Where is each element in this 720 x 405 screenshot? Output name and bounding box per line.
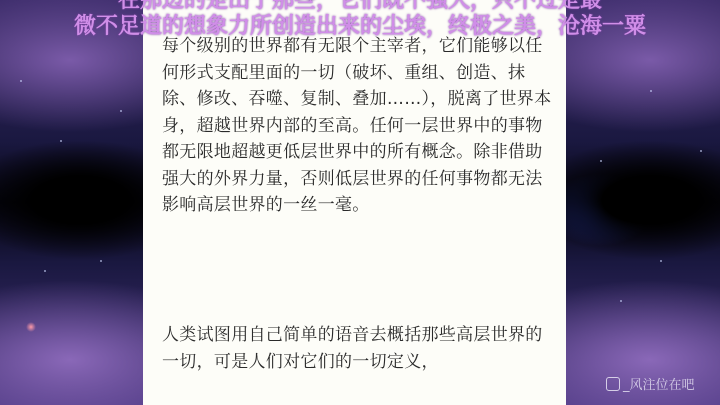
watermark-text: _风注位在吧 (623, 374, 695, 393)
watermark: _风注位在吧 (606, 374, 695, 393)
app-logo-icon (606, 377, 620, 391)
subtitle-line-2: 微不足道的想象力所创造出来的尘埃，终极之美，沧海一粟 (0, 14, 720, 40)
star-flare (26, 322, 36, 332)
video-subtitles: 在那边的是出于那些，它们既不强大，只不过是最 微不足道的想象力所创造出来的尘埃，… (0, 0, 720, 40)
article-paragraph-2: 人类试图用自己简单的语音去概括那些高层世界的一切，可是人们对它们的一切定义， (162, 322, 554, 375)
article-paragraph-1: 每个级别的世界都有无限个主宰者，它们能够以任何形式支配里面的一切（破坏、重组、创… (162, 33, 554, 219)
subtitle-line-1: 在那边的是出于那些，它们既不强大，只不过是最 (0, 0, 720, 14)
